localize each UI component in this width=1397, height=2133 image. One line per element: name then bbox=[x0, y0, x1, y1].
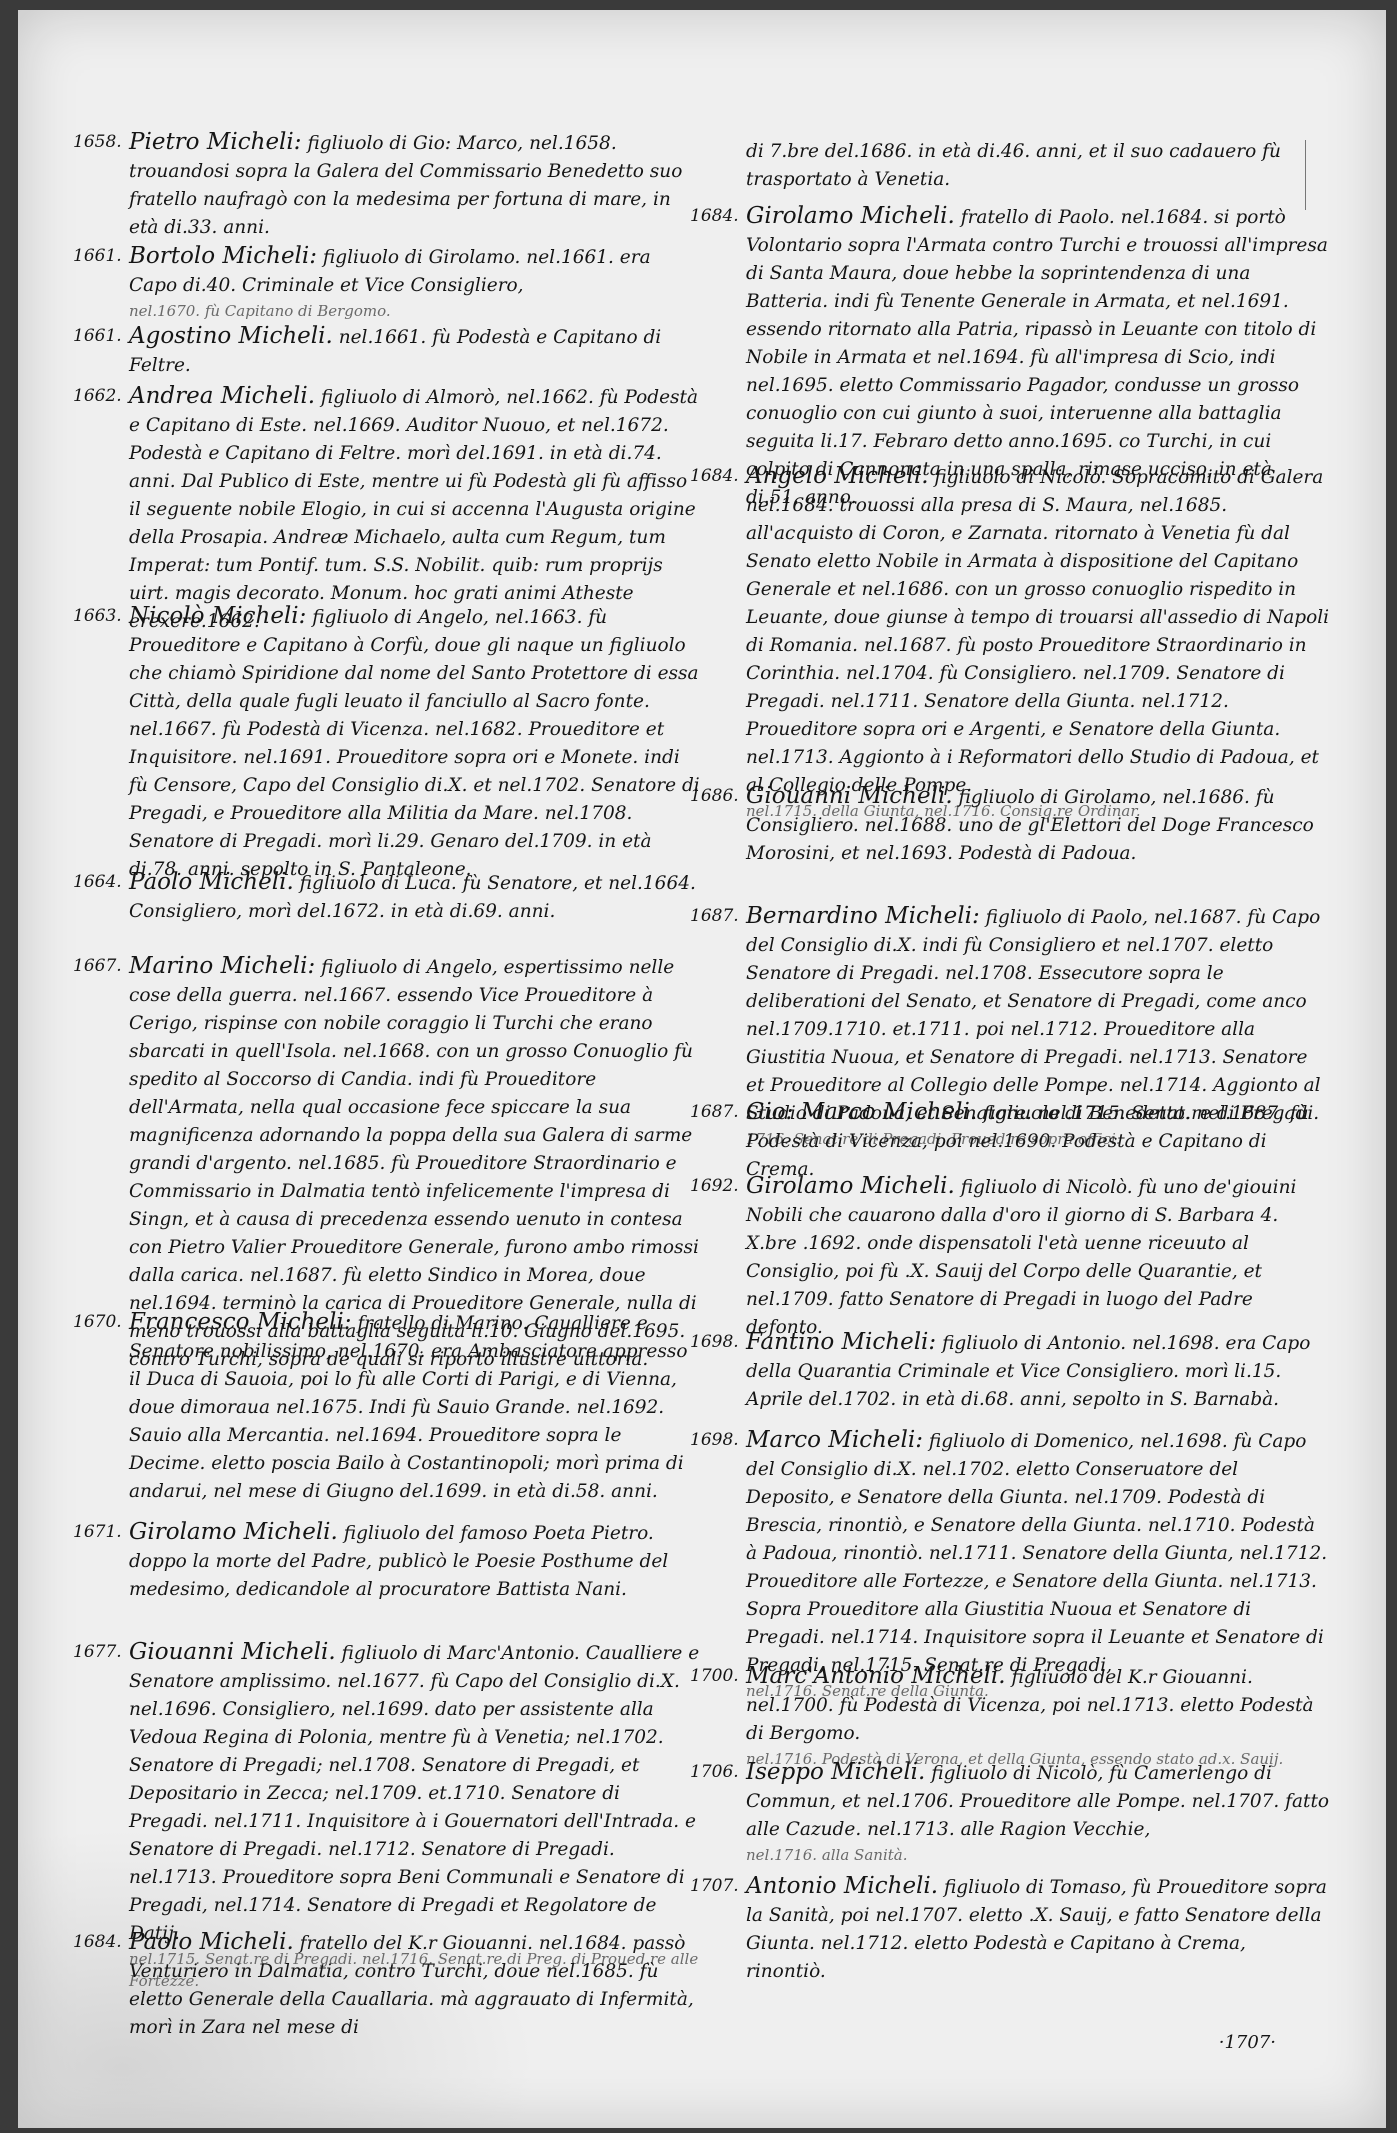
entry-year: 1658. bbox=[73, 128, 125, 156]
entry-year: 1671. bbox=[73, 1518, 125, 1546]
manuscript-page: 1658. Pietro Micheli: figliuolo di Gio: … bbox=[18, 10, 1386, 2128]
entry-year: 1707. bbox=[690, 1872, 742, 1900]
entry-agostino-micheli: 1661. Agostino Micheli. nel.1661. fù Pod… bbox=[73, 322, 703, 380]
entry-name: Andrea Micheli. bbox=[129, 383, 315, 409]
entry-name: Marc'Antonio Micheli. bbox=[746, 1663, 1006, 1689]
entry-bortolo-micheli: 1661. Bortolo Micheli: figliuolo di Giro… bbox=[73, 242, 703, 322]
entry-name: Iseppo Micheli. bbox=[746, 1759, 925, 1785]
entry-marco-micheli: 1698. Marco Micheli: figliuolo di Domeni… bbox=[690, 1426, 1330, 1702]
entry-year: 1686. bbox=[690, 782, 742, 810]
entry-continuation: di 7.bre del.1686. in età di.46. anni, e… bbox=[690, 138, 1330, 194]
entry-later-note: nel.1716. alla Sanità. bbox=[746, 1844, 1330, 1866]
entry-antonio-micheli: 1707. Antonio Micheli. figliuolo di Toma… bbox=[690, 1872, 1330, 1986]
entry-text: figliuolo di Marc'Antonio. Caualliere e … bbox=[129, 1643, 699, 1944]
entry-text: figliuolo di Nicolò. Sopracomito di Gale… bbox=[746, 467, 1329, 796]
entry-paolo-micheli-1664: 1664. Paolo Micheli. figliuolo di Luca. … bbox=[73, 868, 703, 926]
entry-name: Marco Micheli: bbox=[746, 1427, 923, 1453]
entry-name: Girolamo Micheli. bbox=[746, 1173, 955, 1199]
entry-year: 1698. bbox=[690, 1328, 742, 1356]
entry-name: Antonio Micheli. bbox=[746, 1873, 938, 1899]
entry-giouanni-micheli-1686: 1686. Giouanni Micheli. figliuolo di Gir… bbox=[690, 782, 1330, 868]
entry-name: Bernardino Micheli: bbox=[746, 903, 980, 929]
entry-name: Marino Micheli: bbox=[129, 953, 315, 979]
entry-year: 1687. bbox=[690, 902, 742, 930]
entry-later-note: nel.1670. fù Capitano di Bergomo. bbox=[129, 300, 703, 322]
entry-year: 1684. bbox=[690, 202, 742, 230]
entry-name: Angelo Micheli. bbox=[746, 463, 929, 489]
entry-name: Agostino Micheli. bbox=[129, 323, 333, 349]
entry-name: Giouanni Micheli. bbox=[746, 783, 953, 809]
entry-year: 1661. bbox=[73, 322, 125, 350]
entry-year: 1670. bbox=[73, 1308, 125, 1336]
entry-andrea-micheli: 1662. Andrea Micheli. figliuolo di Almor… bbox=[73, 382, 703, 636]
entry-pietro-micheli: 1658. Pietro Micheli: figliuolo di Gio: … bbox=[73, 128, 703, 242]
entry-name: Bortolo Micheli: bbox=[129, 243, 317, 269]
entry-year: 1661. bbox=[73, 242, 125, 270]
entry-text: figliuolo di Nicolò. fù uno de'giouini N… bbox=[746, 1177, 1296, 1338]
entry-text: figliuolo di Angelo, nel.1663. fù Proued… bbox=[129, 607, 700, 880]
entry-name: Paolo Micheli. bbox=[129, 1929, 294, 1955]
entry-name: Gio: Marco Micheli. bbox=[746, 1099, 977, 1125]
entry-francesco-micheli: 1670. Francesco Micheli: fratello di Mar… bbox=[73, 1308, 703, 1506]
entry-marc-antonio-micheli: 1700. Marc'Antonio Micheli. figliuolo de… bbox=[690, 1662, 1330, 1770]
entry-year: 1663. bbox=[73, 602, 125, 630]
entry-name: Pietro Micheli: bbox=[129, 129, 302, 155]
entry-year: 1700. bbox=[690, 1662, 742, 1690]
entry-fantino-micheli: 1698. Fantino Micheli: figliuolo di Anto… bbox=[690, 1328, 1330, 1414]
entry-iseppo-micheli: 1706. Iseppo Micheli. figliuolo di Nicol… bbox=[690, 1758, 1330, 1866]
entry-name: Girolamo Micheli. bbox=[746, 203, 955, 229]
entry-text: figliuolo di Domenico, nel.1698. fù Capo… bbox=[746, 1431, 1327, 1676]
entry-year: 1677. bbox=[73, 1638, 125, 1666]
entry-text: fratello di Marino. Caualliere e Senator… bbox=[129, 1313, 687, 1502]
entry-year: 1706. bbox=[690, 1758, 742, 1786]
entry-year: 1698. bbox=[690, 1426, 742, 1454]
entry-name: Girolamo Micheli. bbox=[129, 1519, 338, 1545]
entry-name: Fantino Micheli: bbox=[746, 1329, 936, 1355]
entry-nicolo-micheli: 1663. Nicolò Micheli: figliuolo di Angel… bbox=[73, 602, 703, 884]
entry-girolamo-micheli-1692: 1692. Girolamo Micheli. figliuolo di Nic… bbox=[690, 1172, 1330, 1342]
entry-name: Francesco Micheli: bbox=[129, 1309, 352, 1335]
entry-angelo-micheli: 1684. Angelo Micheli. figliuolo di Nicol… bbox=[690, 462, 1330, 822]
entry-text: figliuolo di Paolo, nel.1687. fù Capo de… bbox=[746, 907, 1321, 1124]
entry-girolamo-micheli-1671: 1671. Girolamo Micheli. figliuolo del fa… bbox=[73, 1518, 703, 1604]
page-footer-year: ·1707· bbox=[1219, 2032, 1276, 2053]
entry-name: Giouanni Micheli. bbox=[129, 1639, 336, 1665]
entry-paolo-micheli-1684: 1684. Paolo Micheli. fratello del K.r Gi… bbox=[73, 1928, 703, 2042]
entry-year: 1667. bbox=[73, 952, 125, 980]
entry-year: 1662. bbox=[73, 382, 125, 410]
entry-name: Paolo Micheli. bbox=[129, 869, 294, 895]
entry-year: 1664. bbox=[73, 868, 125, 896]
entry-text: figliuolo di Almorò, nel.1662. fù Podest… bbox=[129, 387, 698, 632]
entry-year: 1692. bbox=[690, 1172, 742, 1200]
entry-year: 1687. bbox=[690, 1098, 742, 1126]
entry-year: 1684. bbox=[73, 1928, 125, 1956]
entry-name: Nicolò Micheli: bbox=[129, 603, 306, 629]
entry-year: 1684. bbox=[690, 462, 742, 490]
entry-text: di 7.bre del.1686. in età di.46. anni, e… bbox=[746, 141, 1281, 190]
